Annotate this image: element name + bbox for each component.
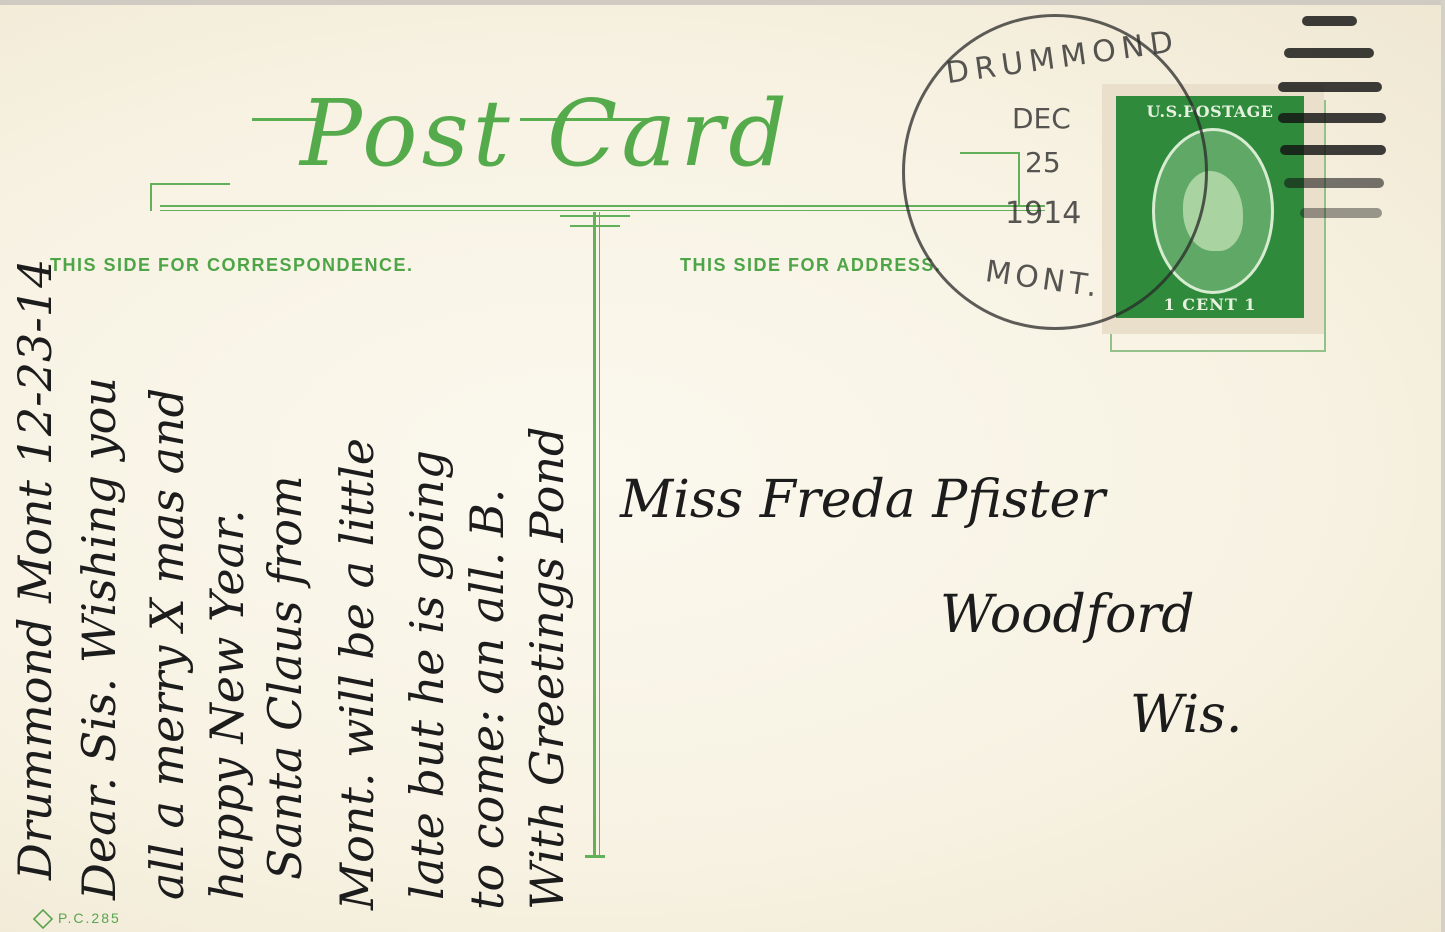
scan-edge-right xyxy=(1441,0,1445,932)
divider-foot xyxy=(585,855,605,858)
address-line-name: Miss Freda Pfister xyxy=(620,470,1105,530)
vertical-divider-secondary xyxy=(599,212,600,857)
cancel-bar xyxy=(1278,113,1386,123)
message-line: Dear. Sis. Wishing you xyxy=(72,377,126,900)
corner-ornament-left-top xyxy=(150,183,230,185)
cancel-bar xyxy=(1280,145,1386,155)
postmark-year: 1914 xyxy=(1005,196,1081,231)
message-line: Santa Claus from xyxy=(258,475,312,880)
publisher-code: P.C.285 xyxy=(58,910,121,926)
publisher-logo-icon xyxy=(33,909,53,929)
publisher-imprint: P.C.285 xyxy=(34,910,121,928)
cancel-bar xyxy=(1284,48,1374,58)
cancel-bar xyxy=(1278,82,1382,92)
message-line: With Greetings Pond xyxy=(520,427,574,910)
cancel-bar xyxy=(1300,208,1382,218)
postcard-back: Post Card THIS SIDE FOR CORRESPONDENCE. … xyxy=(0,0,1445,932)
vertical-divider xyxy=(593,212,596,857)
message-line: to come: an all. B. xyxy=(460,489,514,910)
address-line-state: Wis. xyxy=(1130,685,1242,745)
cancel-bar xyxy=(1284,178,1384,188)
message-line: all a merry X mas and xyxy=(140,388,194,900)
message-line: late but he is going xyxy=(400,450,454,900)
postmark-month: DEC xyxy=(1012,102,1071,135)
postmark-day: 25 xyxy=(1025,146,1061,179)
correspondence-label: THIS SIDE FOR CORRESPONDENCE. xyxy=(50,255,414,276)
corner-ornament-left xyxy=(150,183,152,211)
scan-edge-top xyxy=(0,0,1445,5)
card-title: Post Card xyxy=(300,88,791,180)
address-label: THIS SIDE FOR ADDRESS. xyxy=(680,255,941,276)
cancel-bar xyxy=(1302,16,1357,26)
address-line-city: Woodford xyxy=(940,585,1195,645)
message-line: happy New Year. xyxy=(200,509,254,900)
message-line: Mont. will be a little xyxy=(330,438,384,910)
message-line: Drummond Mont 12-23-14 xyxy=(8,259,62,880)
